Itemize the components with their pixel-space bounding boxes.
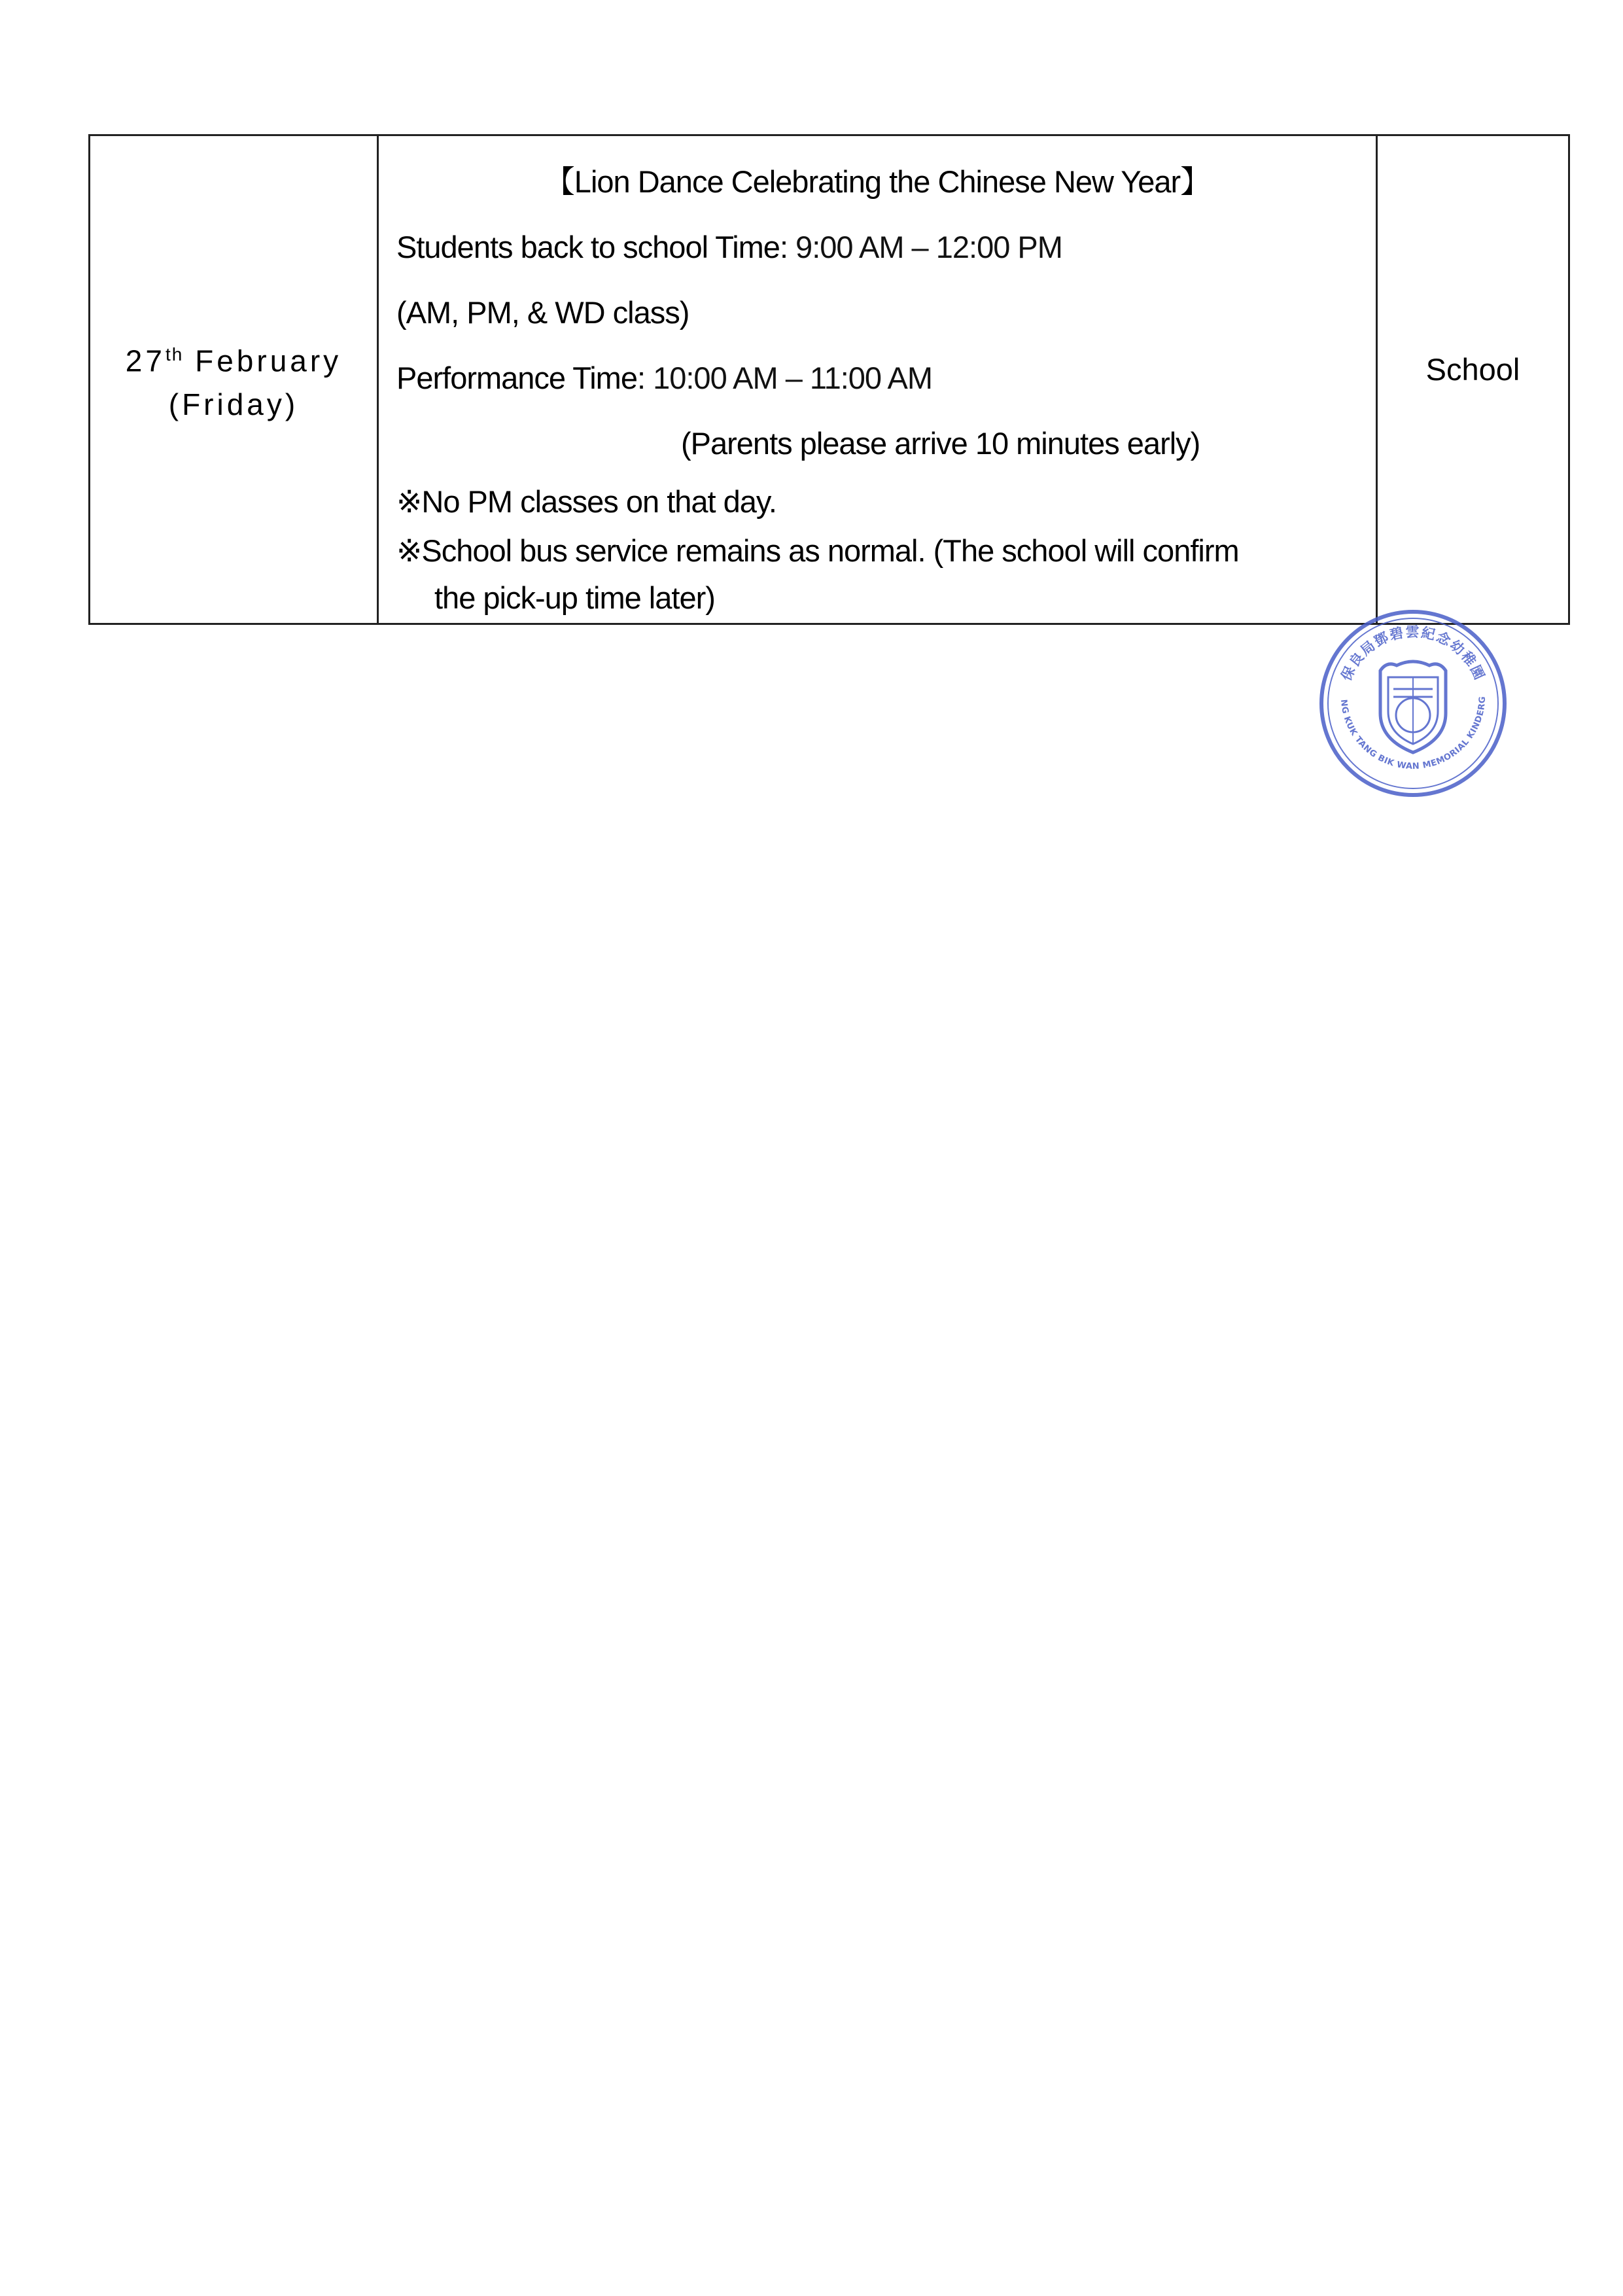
date-suffix: th — [166, 344, 183, 364]
class-list: (AM, PM, & WD class) — [396, 280, 1376, 345]
date-cell: 27th February (Friday) — [90, 136, 379, 623]
seal-icon: 保良局鄧碧雲紀念幼稚園 PO LEUNG KUK TANG BIK WAN ME… — [1315, 605, 1511, 802]
back-to-school-label: Students back to school Time: — [396, 230, 788, 264]
note-school-bus: ※School bus service remains as normal. (… — [396, 527, 1376, 574]
date-day: 27 — [126, 344, 166, 378]
back-to-school-time: Students back to school Time: 9:00 AM – … — [396, 215, 1376, 280]
date-line: 27th February — [126, 333, 341, 382]
note-school-bus-cont: the pick-up time later) — [396, 574, 1376, 622]
back-to-school-value: 9:00 AM – 12:00 PM — [788, 230, 1062, 264]
school-seal-stamp: 保良局鄧碧雲紀念幼稚園 PO LEUNG KUK TANG BIK WAN ME… — [1315, 605, 1511, 802]
performance-label: Performance Time: — [396, 361, 645, 395]
event-table: 27th February (Friday) 【Lion Dance Celeb… — [88, 134, 1570, 625]
note-no-pm-classes: ※No PM classes on that day. — [396, 476, 1376, 527]
venue-text: School — [1426, 351, 1520, 387]
description-cell: 【Lion Dance Celebrating the Chinese New … — [379, 136, 1378, 623]
date-weekday: (Friday) — [169, 383, 298, 426]
performance-time: Performance Time: 10:00 AM – 11:00 AM — [396, 345, 1376, 411]
venue-cell: School — [1378, 136, 1568, 623]
performance-value: 10:00 AM – 11:00 AM — [645, 361, 932, 395]
event-title: 【Lion Dance Celebrating the Chinese New … — [396, 149, 1376, 215]
parents-note: (Parents please arrive 10 minutes early) — [396, 411, 1376, 476]
date-month: February — [195, 344, 341, 378]
svg-text:保良局鄧碧雲紀念幼稚園: 保良局鄧碧雲紀念幼稚園 — [1338, 624, 1488, 683]
